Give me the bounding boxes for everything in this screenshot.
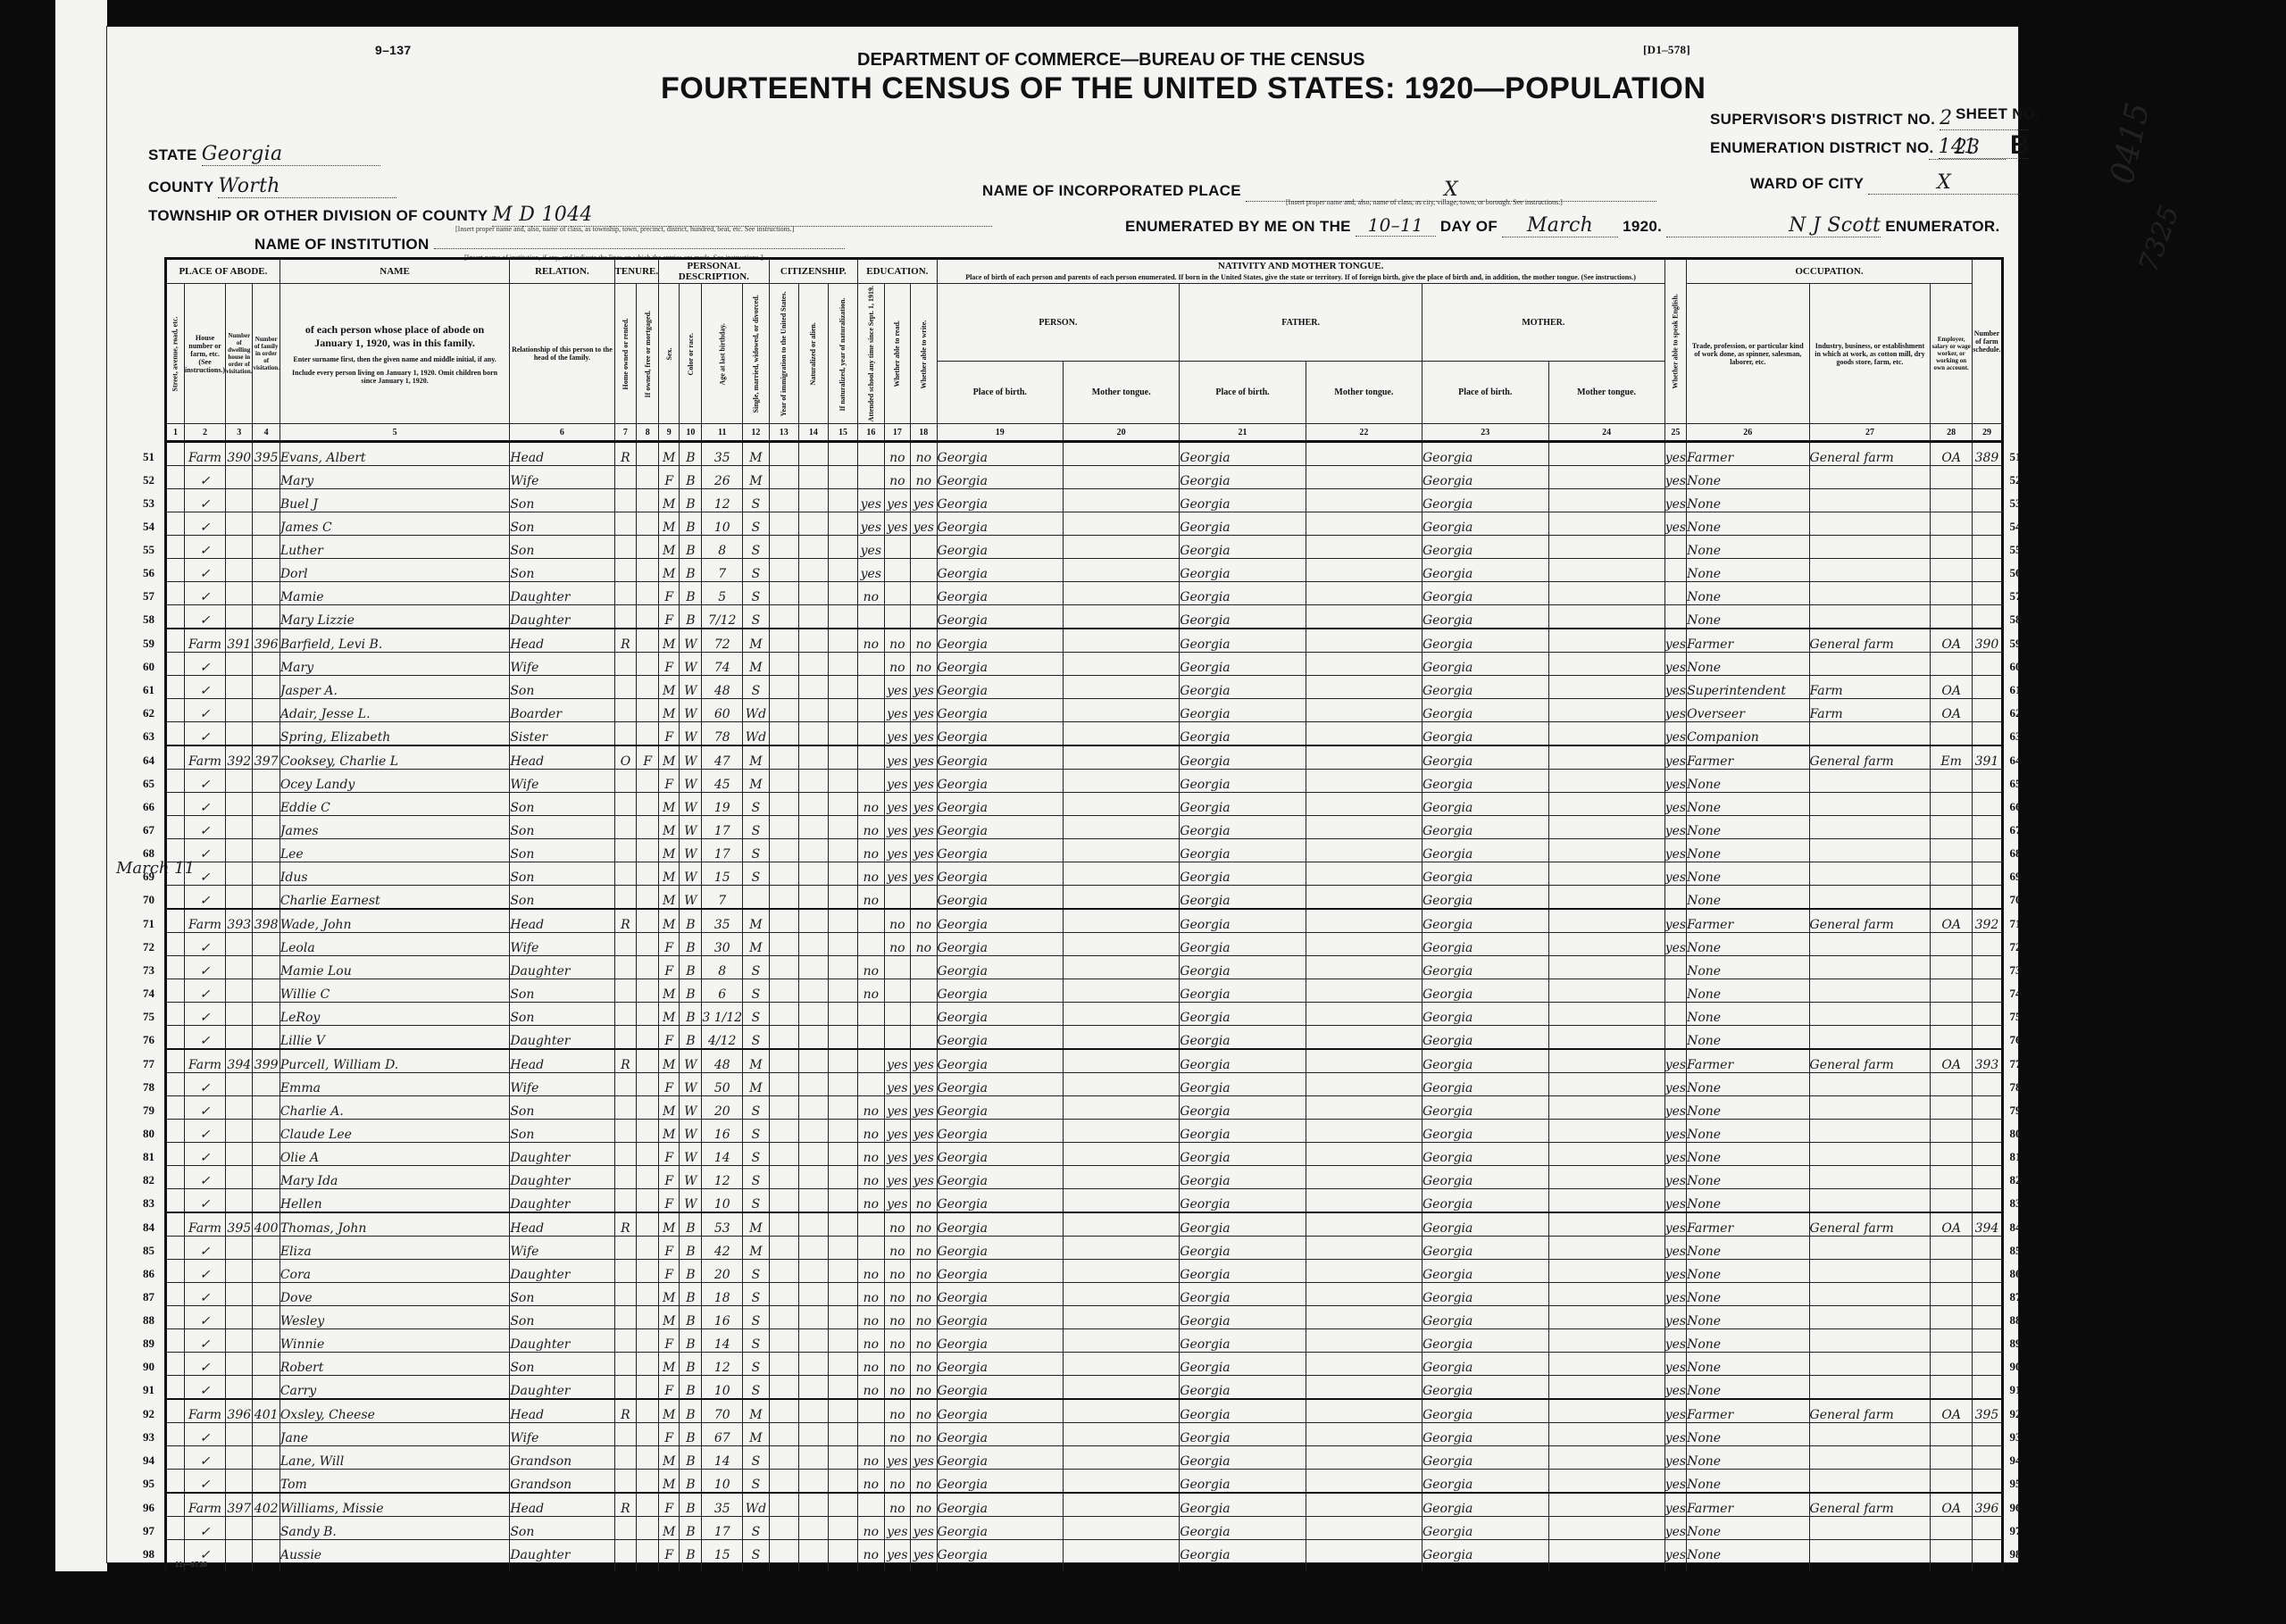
- cell-mort: [637, 1517, 659, 1540]
- cell-mt: [1064, 699, 1180, 722]
- cell-c4: [253, 793, 279, 816]
- cell-emp: [1931, 979, 1973, 1003]
- cell-imm: [769, 1026, 798, 1050]
- cell-mar: S: [743, 1283, 769, 1306]
- cell-own: [614, 839, 637, 862]
- line-number: 61: [2010, 683, 2022, 697]
- cell-occ: Overseer: [1687, 699, 1809, 722]
- cell-mt: [1064, 1353, 1180, 1376]
- cell-imm: [769, 442, 798, 466]
- header-tenure: TENURE.: [614, 259, 659, 284]
- cell-write: yes: [911, 676, 937, 699]
- cell-mt: [1064, 1026, 1180, 1050]
- cell-eng: yes: [1664, 1283, 1686, 1306]
- cell-c1: [166, 1166, 185, 1189]
- cell-c2: ✓: [184, 605, 225, 629]
- cell-read: no: [884, 653, 910, 676]
- cell-c1: [166, 933, 185, 956]
- cell-read: no: [884, 1376, 910, 1400]
- cell-sex: F: [659, 1143, 680, 1166]
- cell-write: no: [911, 442, 937, 466]
- cell-mar: M: [743, 933, 769, 956]
- cell-nat: [798, 1003, 828, 1026]
- census-row: ✓LeRoySonMB3 1/12SGeorgiaGeorgiaGeorgiaN…: [166, 1003, 2003, 1026]
- cell-sex: F: [659, 1260, 680, 1283]
- cell-mort: [637, 933, 659, 956]
- cell-farm: [1972, 1120, 2002, 1143]
- cell-sex: M: [659, 676, 680, 699]
- cell-ind: [1809, 1096, 1931, 1120]
- cell-imm: [769, 793, 798, 816]
- cell-ind: [1809, 1260, 1931, 1283]
- cell-rel: Daughter: [510, 1026, 614, 1050]
- cell-mort: [637, 1423, 659, 1446]
- line-number: 74: [143, 987, 154, 1001]
- cell-mmt: [1548, 1237, 1664, 1260]
- cell-age: 35: [702, 442, 743, 466]
- cell-emp: [1931, 1283, 1973, 1306]
- cell-read: yes: [884, 1120, 910, 1143]
- cell-mt: [1064, 1166, 1180, 1189]
- cell-fmt: [1306, 1166, 1422, 1189]
- cell-sex: F: [659, 770, 680, 793]
- cell-name: Wade, John: [279, 909, 509, 933]
- cell-emp: [1931, 1237, 1973, 1260]
- cell-sex: M: [659, 1212, 680, 1237]
- cell-mt: [1064, 1073, 1180, 1096]
- cell-nat: [798, 1143, 828, 1166]
- cell-c1: [166, 442, 185, 466]
- cell-natyr: [828, 1306, 857, 1329]
- cell-occ: None: [1687, 1260, 1809, 1283]
- cell-rel: Daughter: [510, 1376, 614, 1400]
- cell-rel: Son: [510, 862, 614, 886]
- cell-eng: yes: [1664, 466, 1686, 489]
- cell-read: [884, 605, 910, 629]
- column-number: 20: [1064, 424, 1180, 442]
- cell-age: 18: [702, 1283, 743, 1306]
- cell-age: 20: [702, 1096, 743, 1120]
- cell-mort: [637, 1096, 659, 1120]
- cell-mt: [1064, 816, 1180, 839]
- county-value: Worth: [218, 175, 396, 198]
- cell-mt: [1064, 956, 1180, 979]
- cell-mar: S: [743, 816, 769, 839]
- cell-own: [614, 536, 637, 559]
- cell-age: 8: [702, 536, 743, 559]
- cell-mmt: [1548, 1423, 1664, 1446]
- census-row: Farm393398Wade, JohnHeadRMB35MnonoGeorgi…: [166, 909, 2003, 933]
- cell-mmt: [1548, 466, 1664, 489]
- cell-farm: [1972, 1166, 2002, 1189]
- cell-mt: [1064, 1120, 1180, 1143]
- cell-sex: F: [659, 1189, 680, 1213]
- cell-fmt: [1306, 909, 1422, 933]
- cell-pob: Georgia: [937, 862, 1064, 886]
- cell-c1: [166, 722, 185, 746]
- cell-race: B: [680, 582, 702, 605]
- line-number: 55: [2010, 543, 2022, 557]
- cell-c2: ✓: [184, 862, 225, 886]
- cell-eng: yes: [1664, 722, 1686, 746]
- cell-mt: [1064, 1260, 1180, 1283]
- cell-age: 60: [702, 699, 743, 722]
- cell-farm: 392: [1972, 909, 2002, 933]
- header-occupation: OCCUPATION.: [1687, 259, 1973, 284]
- cell-race: B: [680, 1353, 702, 1376]
- cell-name: James: [279, 816, 509, 839]
- cell-imm: [769, 770, 798, 793]
- cell-read: no: [884, 1212, 910, 1237]
- cell-c3: [226, 676, 253, 699]
- cell-emp: [1931, 886, 1973, 910]
- cell-mpob: Georgia: [1422, 933, 1548, 956]
- column-number: 13: [769, 424, 798, 442]
- cell-fmt: [1306, 1260, 1422, 1283]
- cell-c3: [226, 956, 253, 979]
- cell-imm: [769, 466, 798, 489]
- cell-farm: [1972, 1073, 2002, 1096]
- cell-c4: 402: [253, 1493, 279, 1517]
- cell-imm: [769, 1353, 798, 1376]
- cell-mort: [637, 699, 659, 722]
- cell-name: Barfield, Levi B.: [279, 629, 509, 653]
- cell-fpob: Georgia: [1180, 1260, 1306, 1283]
- census-row: ✓Adair, Jesse L.BoarderMW60WdyesyesGeorg…: [166, 699, 2003, 722]
- cell-mpob: Georgia: [1422, 1376, 1548, 1400]
- cell-mt: [1064, 1493, 1180, 1517]
- cell-rel: Son: [510, 512, 614, 536]
- cell-ind: [1809, 1540, 1931, 1563]
- cell-race: B: [680, 1446, 702, 1470]
- cell-mt: [1064, 1189, 1180, 1213]
- cell-eng: [1664, 582, 1686, 605]
- cell-age: 45: [702, 770, 743, 793]
- cell-c1: [166, 1376, 185, 1400]
- cell-mpob: Georgia: [1422, 1073, 1548, 1096]
- cell-write: [911, 979, 937, 1003]
- cell-ind: General farm: [1809, 1399, 1931, 1423]
- cell-rel: Wife: [510, 1237, 614, 1260]
- cell-c1: [166, 629, 185, 653]
- cell-race: W: [680, 722, 702, 746]
- cell-c1: [166, 605, 185, 629]
- sheet-field: 23 B: [1929, 130, 2030, 161]
- cell-nat: [798, 1329, 828, 1353]
- cell-farm: [1972, 466, 2002, 489]
- cell-c3: [226, 1283, 253, 1306]
- cell-fpob: Georgia: [1180, 1399, 1306, 1423]
- cell-mort: [637, 1237, 659, 1260]
- cell-natyr: [828, 793, 857, 816]
- cell-c1: [166, 653, 185, 676]
- cell-read: no: [884, 933, 910, 956]
- cell-c4: [253, 1283, 279, 1306]
- cell-race: W: [680, 793, 702, 816]
- cell-c4: [253, 1096, 279, 1120]
- cell-read: [884, 559, 910, 582]
- cell-mar: Wd: [743, 722, 769, 746]
- incorporated-label: NAME OF INCORPORATED PLACE: [982, 182, 1241, 199]
- cell-emp: [1931, 1003, 1973, 1026]
- cell-nat: [798, 1399, 828, 1423]
- cell-mort: [637, 1260, 659, 1283]
- cell-c2: ✓: [184, 1353, 225, 1376]
- scan-left-margin: [0, 0, 107, 1624]
- cell-farm: [1972, 1423, 2002, 1446]
- cell-name: Carry: [279, 1376, 509, 1400]
- cell-occ: Farmer: [1687, 442, 1809, 466]
- line-number: 89: [2010, 1337, 2022, 1351]
- census-row: ✓James CSonMB10SyesyesyesGeorgiaGeorgiaG…: [166, 512, 2003, 536]
- cell-c1: [166, 1237, 185, 1260]
- cell-mpob: Georgia: [1422, 1540, 1548, 1563]
- cell-race: W: [680, 629, 702, 653]
- line-number: 80: [143, 1127, 154, 1141]
- cell-c1: [166, 1423, 185, 1446]
- cell-c3: [226, 1026, 253, 1050]
- cell-natyr: [828, 1353, 857, 1376]
- cell-imm: [769, 722, 798, 746]
- cell-eng: yes: [1664, 862, 1686, 886]
- cell-ind: [1809, 793, 1931, 816]
- cell-age: 7: [702, 886, 743, 910]
- cell-ind: [1809, 582, 1931, 605]
- cell-c2: ✓: [184, 489, 225, 512]
- cell-eng: yes: [1664, 1306, 1686, 1329]
- cell-c3: [226, 512, 253, 536]
- cell-mar: S: [743, 1517, 769, 1540]
- cell-sex: F: [659, 1423, 680, 1446]
- cell-own: [614, 676, 637, 699]
- cell-mt: [1064, 676, 1180, 699]
- cell-natyr: [828, 886, 857, 910]
- cell-farm: [1972, 793, 2002, 816]
- cell-c1: [166, 956, 185, 979]
- cell-eng: yes: [1664, 1260, 1686, 1283]
- cell-natyr: [828, 466, 857, 489]
- cell-fmt: [1306, 582, 1422, 605]
- cell-pob: Georgia: [937, 1003, 1064, 1026]
- cell-mpob: Georgia: [1422, 676, 1548, 699]
- line-number: 51: [2010, 450, 2022, 464]
- cell-mmt: [1548, 793, 1664, 816]
- cell-ind: [1809, 839, 1931, 862]
- cell-fmt: [1306, 676, 1422, 699]
- cell-fpob: Georgia: [1180, 1470, 1306, 1494]
- cell-ind: [1809, 605, 1931, 629]
- cell-mt: [1064, 1237, 1180, 1260]
- header-c20: Mother tongue.: [1064, 362, 1180, 424]
- cell-age: 30: [702, 933, 743, 956]
- cell-eng: yes: [1664, 1073, 1686, 1096]
- line-number: 77: [143, 1057, 154, 1071]
- cell-imm: [769, 1189, 798, 1213]
- cell-c3: [226, 582, 253, 605]
- cell-mpob: Georgia: [1422, 1517, 1548, 1540]
- cell-read: [884, 979, 910, 1003]
- cell-sex: M: [659, 745, 680, 770]
- column-number: 24: [1548, 424, 1664, 442]
- header-farm-schedule: Number of farm schedule.: [1972, 259, 2002, 424]
- cell-farm: [1972, 816, 2002, 839]
- cell-c1: [166, 1517, 185, 1540]
- cell-nat: [798, 816, 828, 839]
- cell-nat: [798, 1049, 828, 1073]
- cell-mar: S: [743, 1376, 769, 1400]
- cell-age: 12: [702, 489, 743, 512]
- cell-mar: M: [743, 442, 769, 466]
- cell-mort: [637, 886, 659, 910]
- cell-eng: yes: [1664, 1143, 1686, 1166]
- cell-mar: M: [743, 1073, 769, 1096]
- cell-school: no: [858, 886, 884, 910]
- cell-nat: [798, 1517, 828, 1540]
- form-code: 9–137: [375, 43, 411, 57]
- cell-c2: ✓: [184, 722, 225, 746]
- cell-mort: [637, 1470, 659, 1494]
- cell-race: W: [680, 653, 702, 676]
- cell-mort: [637, 1399, 659, 1423]
- cell-age: 14: [702, 1329, 743, 1353]
- cell-name: Jane: [279, 1423, 509, 1446]
- cell-name: Charlie A.: [279, 1096, 509, 1120]
- cell-pob: Georgia: [937, 979, 1064, 1003]
- cell-ind: [1809, 1283, 1931, 1306]
- cell-nat: [798, 1073, 828, 1096]
- cell-name: Buel J: [279, 489, 509, 512]
- cell-c3: [226, 1540, 253, 1563]
- cell-mmt: [1548, 559, 1664, 582]
- cell-mt: [1064, 1329, 1180, 1353]
- cell-c4: [253, 979, 279, 1003]
- cell-write: [911, 956, 937, 979]
- cell-rel: Daughter: [510, 1189, 614, 1213]
- cell-read: yes: [884, 699, 910, 722]
- column-number: 7: [614, 424, 637, 442]
- cell-mmt: [1548, 1306, 1664, 1329]
- cell-imm: [769, 745, 798, 770]
- cell-emp: [1931, 559, 1973, 582]
- cell-c2: ✓: [184, 1073, 225, 1096]
- cell-name: Mamie Lou: [279, 956, 509, 979]
- cell-write: no: [911, 1189, 937, 1213]
- cell-sex: M: [659, 489, 680, 512]
- cell-read: yes: [884, 722, 910, 746]
- cell-c3: 393: [226, 909, 253, 933]
- cell-school: [858, 442, 884, 466]
- cell-read: [884, 582, 910, 605]
- cell-fpob: Georgia: [1180, 466, 1306, 489]
- cell-occ: None: [1687, 536, 1809, 559]
- cell-c4: [253, 1329, 279, 1353]
- cell-fpob: Georgia: [1180, 1003, 1306, 1026]
- cell-c1: [166, 1189, 185, 1213]
- cell-age: 26: [702, 466, 743, 489]
- column-number: 16: [858, 424, 884, 442]
- cell-sex: M: [659, 1399, 680, 1423]
- cell-mar: S: [743, 582, 769, 605]
- cell-own: R: [614, 1493, 637, 1517]
- cell-rel: Son: [510, 1120, 614, 1143]
- cell-read: [884, 956, 910, 979]
- cell-race: W: [680, 1166, 702, 1189]
- census-row: ✓JaneWifeFB67MnonoGeorgiaGeorgiaGeorgiay…: [166, 1423, 2003, 1446]
- cell-nat: [798, 1470, 828, 1494]
- cell-name: Lillie V: [279, 1026, 509, 1050]
- census-row: ✓MamieDaughterFB5SnoGeorgiaGeorgiaGeorgi…: [166, 582, 2003, 605]
- cell-school: [858, 770, 884, 793]
- cell-emp: OA: [1931, 1212, 1973, 1237]
- cell-fmt: [1306, 629, 1422, 653]
- census-row: ✓Willie CSonMB6SnoGeorgiaGeorgiaGeorgiaN…: [166, 979, 2003, 1003]
- header-c14: Naturalized or alien.: [798, 284, 828, 424]
- cell-farm: [1972, 582, 2002, 605]
- line-number: 94: [2010, 1453, 2022, 1468]
- cell-farm: [1972, 1237, 2002, 1260]
- cell-name: Eliza: [279, 1237, 509, 1260]
- cell-imm: [769, 582, 798, 605]
- cell-natyr: [828, 1026, 857, 1050]
- cell-write: yes: [911, 1120, 937, 1143]
- cell-c1: [166, 1049, 185, 1073]
- cell-mort: [637, 1143, 659, 1166]
- cell-occ: None: [1687, 653, 1809, 676]
- cell-sex: M: [659, 559, 680, 582]
- column-number: 29: [1972, 424, 2002, 442]
- cell-imm: [769, 1517, 798, 1540]
- cell-natyr: [828, 489, 857, 512]
- cell-school: no: [858, 1306, 884, 1329]
- header-personal-description: PERSONAL DESCRIPTION.: [659, 259, 769, 284]
- cell-own: [614, 793, 637, 816]
- cell-emp: Em: [1931, 745, 1973, 770]
- line-number: 72: [143, 940, 154, 954]
- cell-school: no: [858, 629, 884, 653]
- cell-c4: [253, 862, 279, 886]
- cell-c2: ✓: [184, 582, 225, 605]
- line-number: 84: [2010, 1220, 2022, 1235]
- cell-ind: General farm: [1809, 909, 1931, 933]
- census-row: Farm391396Barfield, Levi B.HeadRMW72Mnon…: [166, 629, 2003, 653]
- cell-occ: None: [1687, 1306, 1809, 1329]
- line-number: 62: [143, 706, 154, 720]
- cell-c2: ✓: [184, 1446, 225, 1470]
- cell-farm: [1972, 1189, 2002, 1213]
- cell-occ: None: [1687, 839, 1809, 862]
- cell-pob: Georgia: [937, 582, 1064, 605]
- cell-ind: [1809, 886, 1931, 910]
- cell-fpob: Georgia: [1180, 839, 1306, 862]
- cell-rel: Grandson: [510, 1446, 614, 1470]
- census-row: ✓CarryDaughterFB10SnononoGeorgiaGeorgiaG…: [166, 1376, 2003, 1400]
- census-row: Farm397402Williams, MissieHeadRFB35Wdnon…: [166, 1493, 2003, 1517]
- cell-age: 53: [702, 1212, 743, 1237]
- cell-school: no: [858, 979, 884, 1003]
- cell-mort: [637, 512, 659, 536]
- cell-c4: [253, 676, 279, 699]
- census-row: Farm392397Cooksey, Charlie LHeadOFMW47My…: [166, 745, 2003, 770]
- cell-c1: [166, 1329, 185, 1353]
- cell-school: no: [858, 1166, 884, 1189]
- cell-name: Claude Lee: [279, 1120, 509, 1143]
- cell-school: [858, 466, 884, 489]
- cell-school: [858, 1423, 884, 1446]
- cell-name: Tom: [279, 1470, 509, 1494]
- header-c5: of each person whose place of abode on J…: [279, 284, 509, 424]
- cell-nat: [798, 1306, 828, 1329]
- cell-age: 14: [702, 1143, 743, 1166]
